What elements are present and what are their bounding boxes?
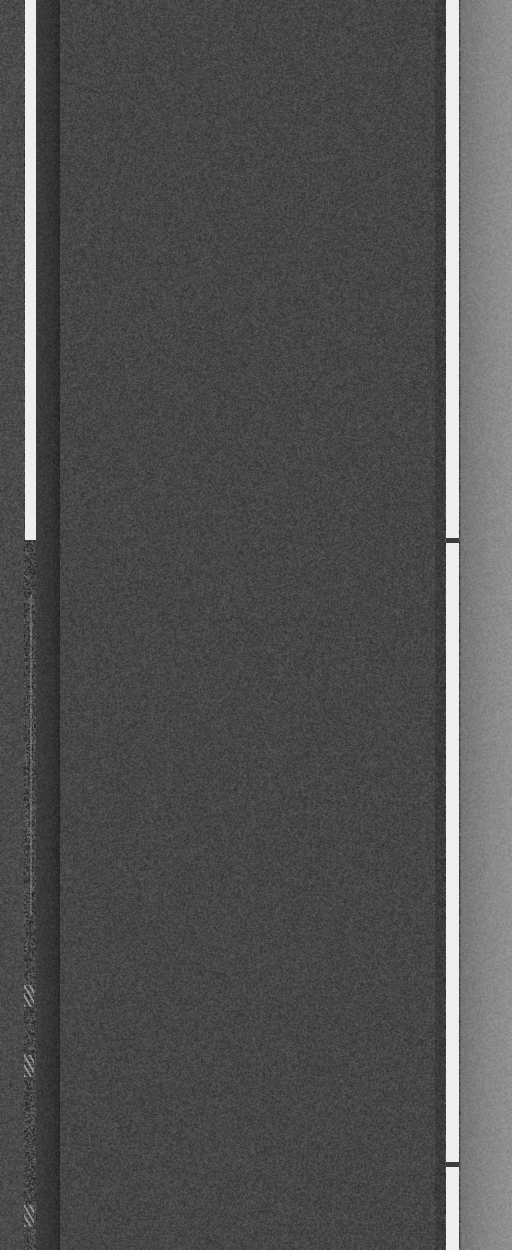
right-line-break <box>446 1162 459 1167</box>
left-shoulder <box>0 0 24 1250</box>
road-aerial-image <box>0 0 512 1250</box>
left-edge-line <box>25 0 36 540</box>
right-shoulder <box>460 0 512 1250</box>
road-lane <box>60 0 435 1250</box>
faint-worn-line <box>30 595 32 915</box>
worn-hatch-marking <box>24 985 34 1007</box>
left-gutter <box>36 0 60 1250</box>
right-line-break <box>446 538 459 543</box>
right-edge-line <box>446 0 459 1250</box>
worn-hatch-marking <box>24 1055 34 1077</box>
right-gutter <box>435 0 445 1250</box>
worn-hatch-marking <box>24 1205 34 1227</box>
